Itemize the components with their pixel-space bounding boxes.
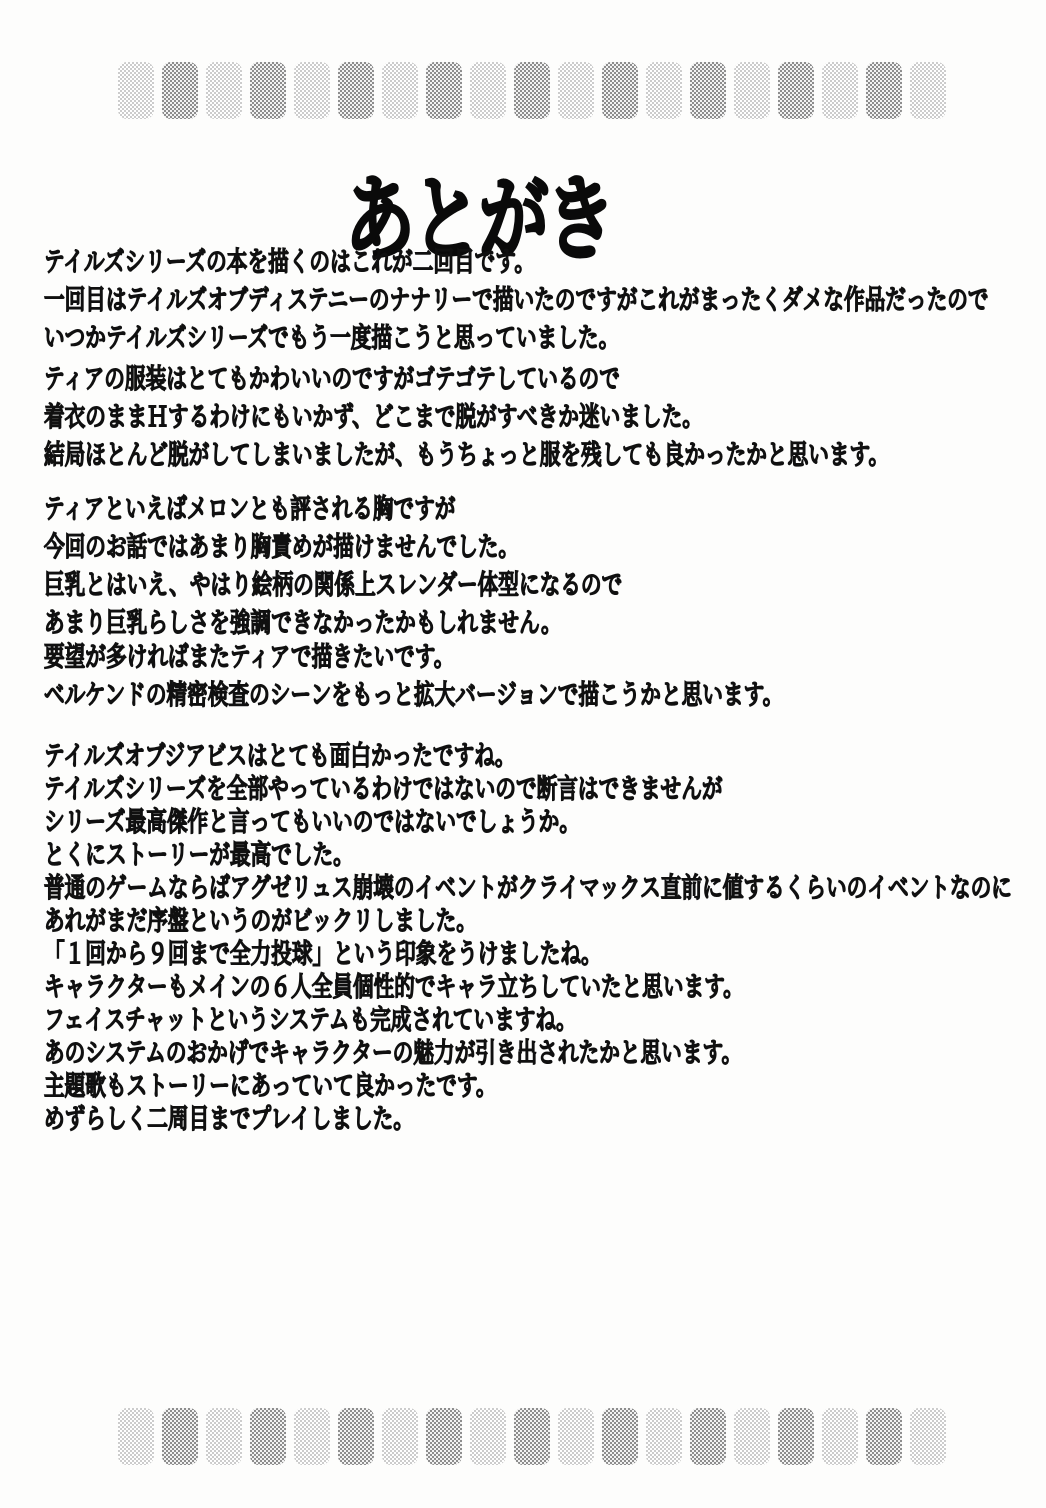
halftone-square: [866, 62, 902, 119]
halftone-square: [558, 62, 594, 119]
halftone-square: [602, 62, 638, 119]
afterword-paragraph-3: ティアといえばメロンとも評される胸ですが今回のお話ではあまり胸責めが描けませんで…: [44, 490, 800, 642]
halftone-square: [206, 62, 242, 119]
text-line: 一回目はテイルズオブディステニーのナナリーで描いたのですがこれがまったくダメな作…: [44, 281, 989, 319]
halftone-square: [734, 1408, 770, 1465]
halftone-square: [162, 1408, 198, 1465]
text-line: テイルズオブジアビスはとても面白かったですね。: [44, 740, 1012, 773]
halftone-square: [822, 1408, 858, 1465]
text-line: フェイスチャットというシステムも完成されていますね。: [44, 1004, 1012, 1037]
halftone-square: [338, 62, 374, 119]
halftone-square: [822, 62, 858, 119]
afterword-page: あとがき テイルズシリーズの本を描くのはこれが二回目です。一回目はテイルズオブデ…: [0, 0, 1046, 1508]
halftone-square: [470, 62, 506, 119]
halftone-square: [426, 1408, 462, 1465]
halftone-square: [690, 1408, 726, 1465]
text-line: ティアの服装はとてもかわいいのですがゴテゴテしているので: [44, 360, 889, 398]
halftone-square: [866, 1408, 902, 1465]
text-line: 今回のお話ではあまり胸責めが描けませんでした。: [44, 528, 622, 566]
text-line: テイルズシリーズを全部やっているわけではないので断言はできませんが: [44, 773, 1012, 806]
halftone-square: [558, 1408, 594, 1465]
text-line: シリーズ最高傑作と言ってもいいのではないでしょうか。: [44, 806, 1012, 839]
text-line: テイルズシリーズの本を描くのはこれが二回目です。: [44, 243, 989, 281]
afterword-paragraph-5: テイルズオブジアビスはとても面白かったですね。テイルズシリーズを全部やっているわ…: [44, 740, 1046, 1136]
text-line: 結局ほとんど脱がしてしまいましたが、もうちょっと服を残しても良かったかと思います…: [44, 436, 889, 474]
halftone-square: [382, 1408, 418, 1465]
bottom-decorative-border: [118, 1408, 946, 1465]
text-line: 普通のゲームならばアグゼリュス崩壊のイベントがクライマックス直前に値するくらいの…: [44, 872, 1012, 905]
text-line: ティアといえばメロンとも評される胸ですが: [44, 490, 622, 528]
halftone-square: [602, 1408, 638, 1465]
halftone-square: [250, 62, 286, 119]
halftone-square: [646, 62, 682, 119]
text-line: めずらしく二周目までプレイしました。: [44, 1103, 1012, 1136]
halftone-square: [910, 1408, 946, 1465]
text-line: とくにストーリーが最高でした。: [44, 839, 1012, 872]
afterword-paragraph-1: テイルズシリーズの本を描くのはこれが二回目です。一回目はテイルズオブディステニー…: [44, 243, 1046, 357]
text-line: 巨乳とはいえ、やはり絵柄の関係上スレンダー体型になるので: [44, 566, 622, 604]
text-line: ベルケンドの精密検査のシーンをもっと拡大バージョンで描こうかと思います。: [44, 676, 783, 714]
halftone-square: [118, 62, 154, 119]
halftone-square: [382, 62, 418, 119]
halftone-square: [470, 1408, 506, 1465]
afterword-paragraph-2: ティアの服装はとてもかわいいのですがゴテゴテしているので着衣のままＨするわけにも…: [44, 360, 1046, 474]
halftone-square: [338, 1408, 374, 1465]
halftone-square: [206, 1408, 242, 1465]
halftone-square: [250, 1408, 286, 1465]
halftone-square: [646, 1408, 682, 1465]
text-line: いつかテイルズシリーズでもう一度描こうと思っていました。: [44, 319, 989, 357]
text-line: あまり巨乳らしさを強調できなかったかもしれません。: [44, 604, 622, 642]
text-line: 主題歌もストーリーにあっていて良かったです。: [44, 1070, 1012, 1103]
halftone-square: [778, 62, 814, 119]
afterword-paragraph-4: 要望が多ければまたティアで描きたいです。ベルケンドの精密検査のシーンをもっと拡大…: [44, 638, 1010, 714]
top-decorative-border: [118, 62, 946, 119]
text-line: 「１回から９回まで全力投球」という印象をうけましたね。: [44, 938, 1012, 971]
halftone-square: [910, 62, 946, 119]
halftone-square: [514, 1408, 550, 1465]
halftone-square: [118, 1408, 154, 1465]
halftone-square: [162, 62, 198, 119]
text-line: 要望が多ければまたティアで描きたいです。: [44, 638, 783, 676]
halftone-square: [690, 62, 726, 119]
halftone-square: [294, 1408, 330, 1465]
halftone-square: [778, 1408, 814, 1465]
text-line: 着衣のままＨするわけにもいかず、どこまで脱がすべきか迷いました。: [44, 398, 889, 436]
text-line: あれがまだ序盤というのがビックリしました。: [44, 905, 1012, 938]
text-line: あのシステムのおかげでキャラクターの魅力が引き出されたかと思います。: [44, 1037, 1012, 1070]
halftone-square: [294, 62, 330, 119]
text-line: キャラクターもメインの６人全員個性的でキャラ立ちしていたと思います。: [44, 971, 1012, 1004]
halftone-square: [426, 62, 462, 119]
halftone-square: [734, 62, 770, 119]
halftone-square: [514, 62, 550, 119]
